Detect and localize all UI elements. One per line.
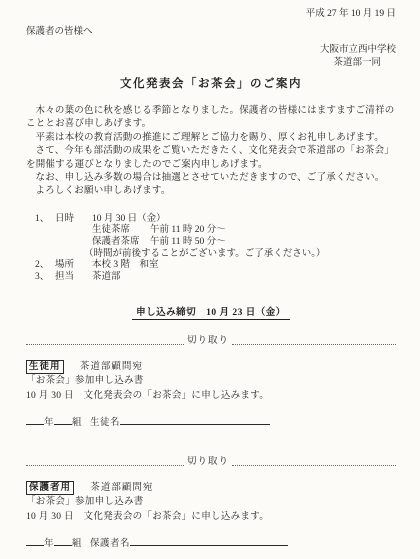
- class-blank-field: [54, 415, 72, 425]
- detail-value: 茶道部: [92, 272, 121, 282]
- body-paragraph: 木々の葉の色に秋を感じる季節となりました。保護者の皆様にはますますご清祥のことと…: [26, 105, 396, 132]
- detail-value: 本校 3 階 和室: [92, 260, 159, 270]
- sender-club: 茶道部一同: [26, 57, 396, 69]
- cut-here-line: 切り取り: [26, 456, 396, 468]
- detail-sublabel: 生徒茶席: [92, 225, 150, 237]
- year-label: 年: [44, 539, 54, 549]
- detail-subvalue: 午前 11 時 50 分～: [150, 237, 226, 247]
- detail-subvalue: 午前 11 時 20 分～: [150, 225, 226, 235]
- detail-number: 2、: [35, 260, 55, 272]
- detail-value: 10 月 30 日（金）: [92, 214, 166, 224]
- addressee-line: 保護者の皆様へ: [26, 26, 396, 39]
- sender-school: 大阪市立西中学校: [26, 44, 396, 56]
- form-statement: 10 月 30 日 文化発表会の「お茶会」に申し込みます。: [26, 510, 396, 525]
- form-addressee: 茶道部顧問宛: [90, 483, 153, 493]
- detail-place: 2、場所本校 3 階 和室: [26, 260, 396, 272]
- detail-label: 担当: [55, 272, 92, 284]
- student-name-label: 生徒名: [90, 418, 120, 428]
- class-label: 組: [72, 418, 82, 428]
- detail-number: 1、: [35, 214, 55, 226]
- dotted-rule: [232, 465, 396, 466]
- cut-here-label: 切り取り: [184, 456, 232, 468]
- form-title: 「お茶会」参加申し込み書: [26, 374, 396, 389]
- student-form-tag: 生徒用: [26, 360, 64, 374]
- guardian-name-label: 保護者名: [90, 539, 130, 549]
- scanned-letter-page: 平成 27 年 10 月 19 日 保護者の皆様へ 大阪市立西中学校 茶道部一同…: [0, 0, 420, 559]
- detail-guardian-seating: 保護者茶席午前 11 時 50 分～: [26, 237, 396, 249]
- letter-date: 平成 27 年 10 月 19 日: [26, 8, 396, 20]
- year-label: 年: [44, 418, 54, 428]
- body-paragraph: さて、今年も部活動の成果をご覧いただきたく、文化発表会で茶道部の「お茶会」を開催…: [26, 145, 396, 172]
- year-blank-field: [26, 415, 44, 425]
- name-blank-field: [120, 415, 270, 425]
- application-deadline: 申し込み締切 10 月 23 日（金）: [132, 304, 290, 320]
- name-blank-field: [130, 536, 288, 546]
- body-paragraph: よろしくお願い申しあげます。: [26, 185, 396, 198]
- cut-here-label: 切り取り: [184, 335, 232, 347]
- form-statement: 10 月 30 日 文化発表会の「お茶会」に申し込みます。: [26, 389, 396, 404]
- dotted-rule: [26, 465, 184, 466]
- guardian-name-row: 年組保護者名: [26, 536, 396, 551]
- document-title: 文化発表会「お茶会」のご案内: [26, 77, 396, 92]
- student-name-row: 年組生徒名: [26, 415, 396, 430]
- dotted-rule: [26, 344, 184, 345]
- form-title: 「お茶会」参加申し込み書: [26, 495, 396, 510]
- detail-student-seating: 生徒茶席午前 11 時 20 分～: [26, 225, 396, 237]
- body-paragraph: 平素は本校の教育活動の推進にご理解とご協力を賜り、厚くお礼申しあげます。: [26, 132, 396, 145]
- guardian-form-tag: 保護者用: [26, 481, 74, 495]
- cut-here-line: 切り取り: [26, 335, 396, 347]
- detail-time-note: （時間が前後することがございます。ご了承ください。）: [26, 249, 396, 261]
- detail-label: 日時: [55, 214, 92, 226]
- student-application-form: 生徒用 茶道部顧問宛 「お茶会」参加申し込み書 10 月 30 日 文化発表会の…: [26, 360, 396, 430]
- form-header: 保護者用 茶道部顧問宛: [26, 481, 396, 495]
- detail-datetime: 1、日時10 月 30 日（金）: [26, 214, 396, 226]
- letter-body: 木々の葉の色に秋を感じる季節となりました。保護者の皆様にはますますご清祥のことと…: [26, 105, 396, 199]
- class-blank-field: [54, 536, 72, 546]
- detail-number: 3、: [35, 272, 55, 284]
- detail-label: 場所: [55, 260, 92, 272]
- detail-in-charge: 3、担当茶道部: [26, 272, 396, 284]
- form-addressee: 茶道部顧問宛: [80, 362, 143, 372]
- dotted-rule: [232, 344, 396, 345]
- class-label: 組: [72, 539, 82, 549]
- body-paragraph: なお、申し込み多数の場合は抽選とさせていただきますので、ご了承ください。: [26, 172, 396, 185]
- event-details-list: 1、日時10 月 30 日（金） 生徒茶席午前 11 時 20 分～ 保護者茶席…: [26, 214, 396, 284]
- form-header: 生徒用 茶道部顧問宛: [26, 360, 396, 374]
- application-deadline-wrap: 申し込み締切 10 月 23 日（金）: [26, 304, 396, 318]
- detail-sublabel: 保護者茶席: [92, 237, 150, 249]
- guardian-application-form: 保護者用 茶道部顧問宛 「お茶会」参加申し込み書 10 月 30 日 文化発表会…: [26, 481, 396, 551]
- year-blank-field: [26, 536, 44, 546]
